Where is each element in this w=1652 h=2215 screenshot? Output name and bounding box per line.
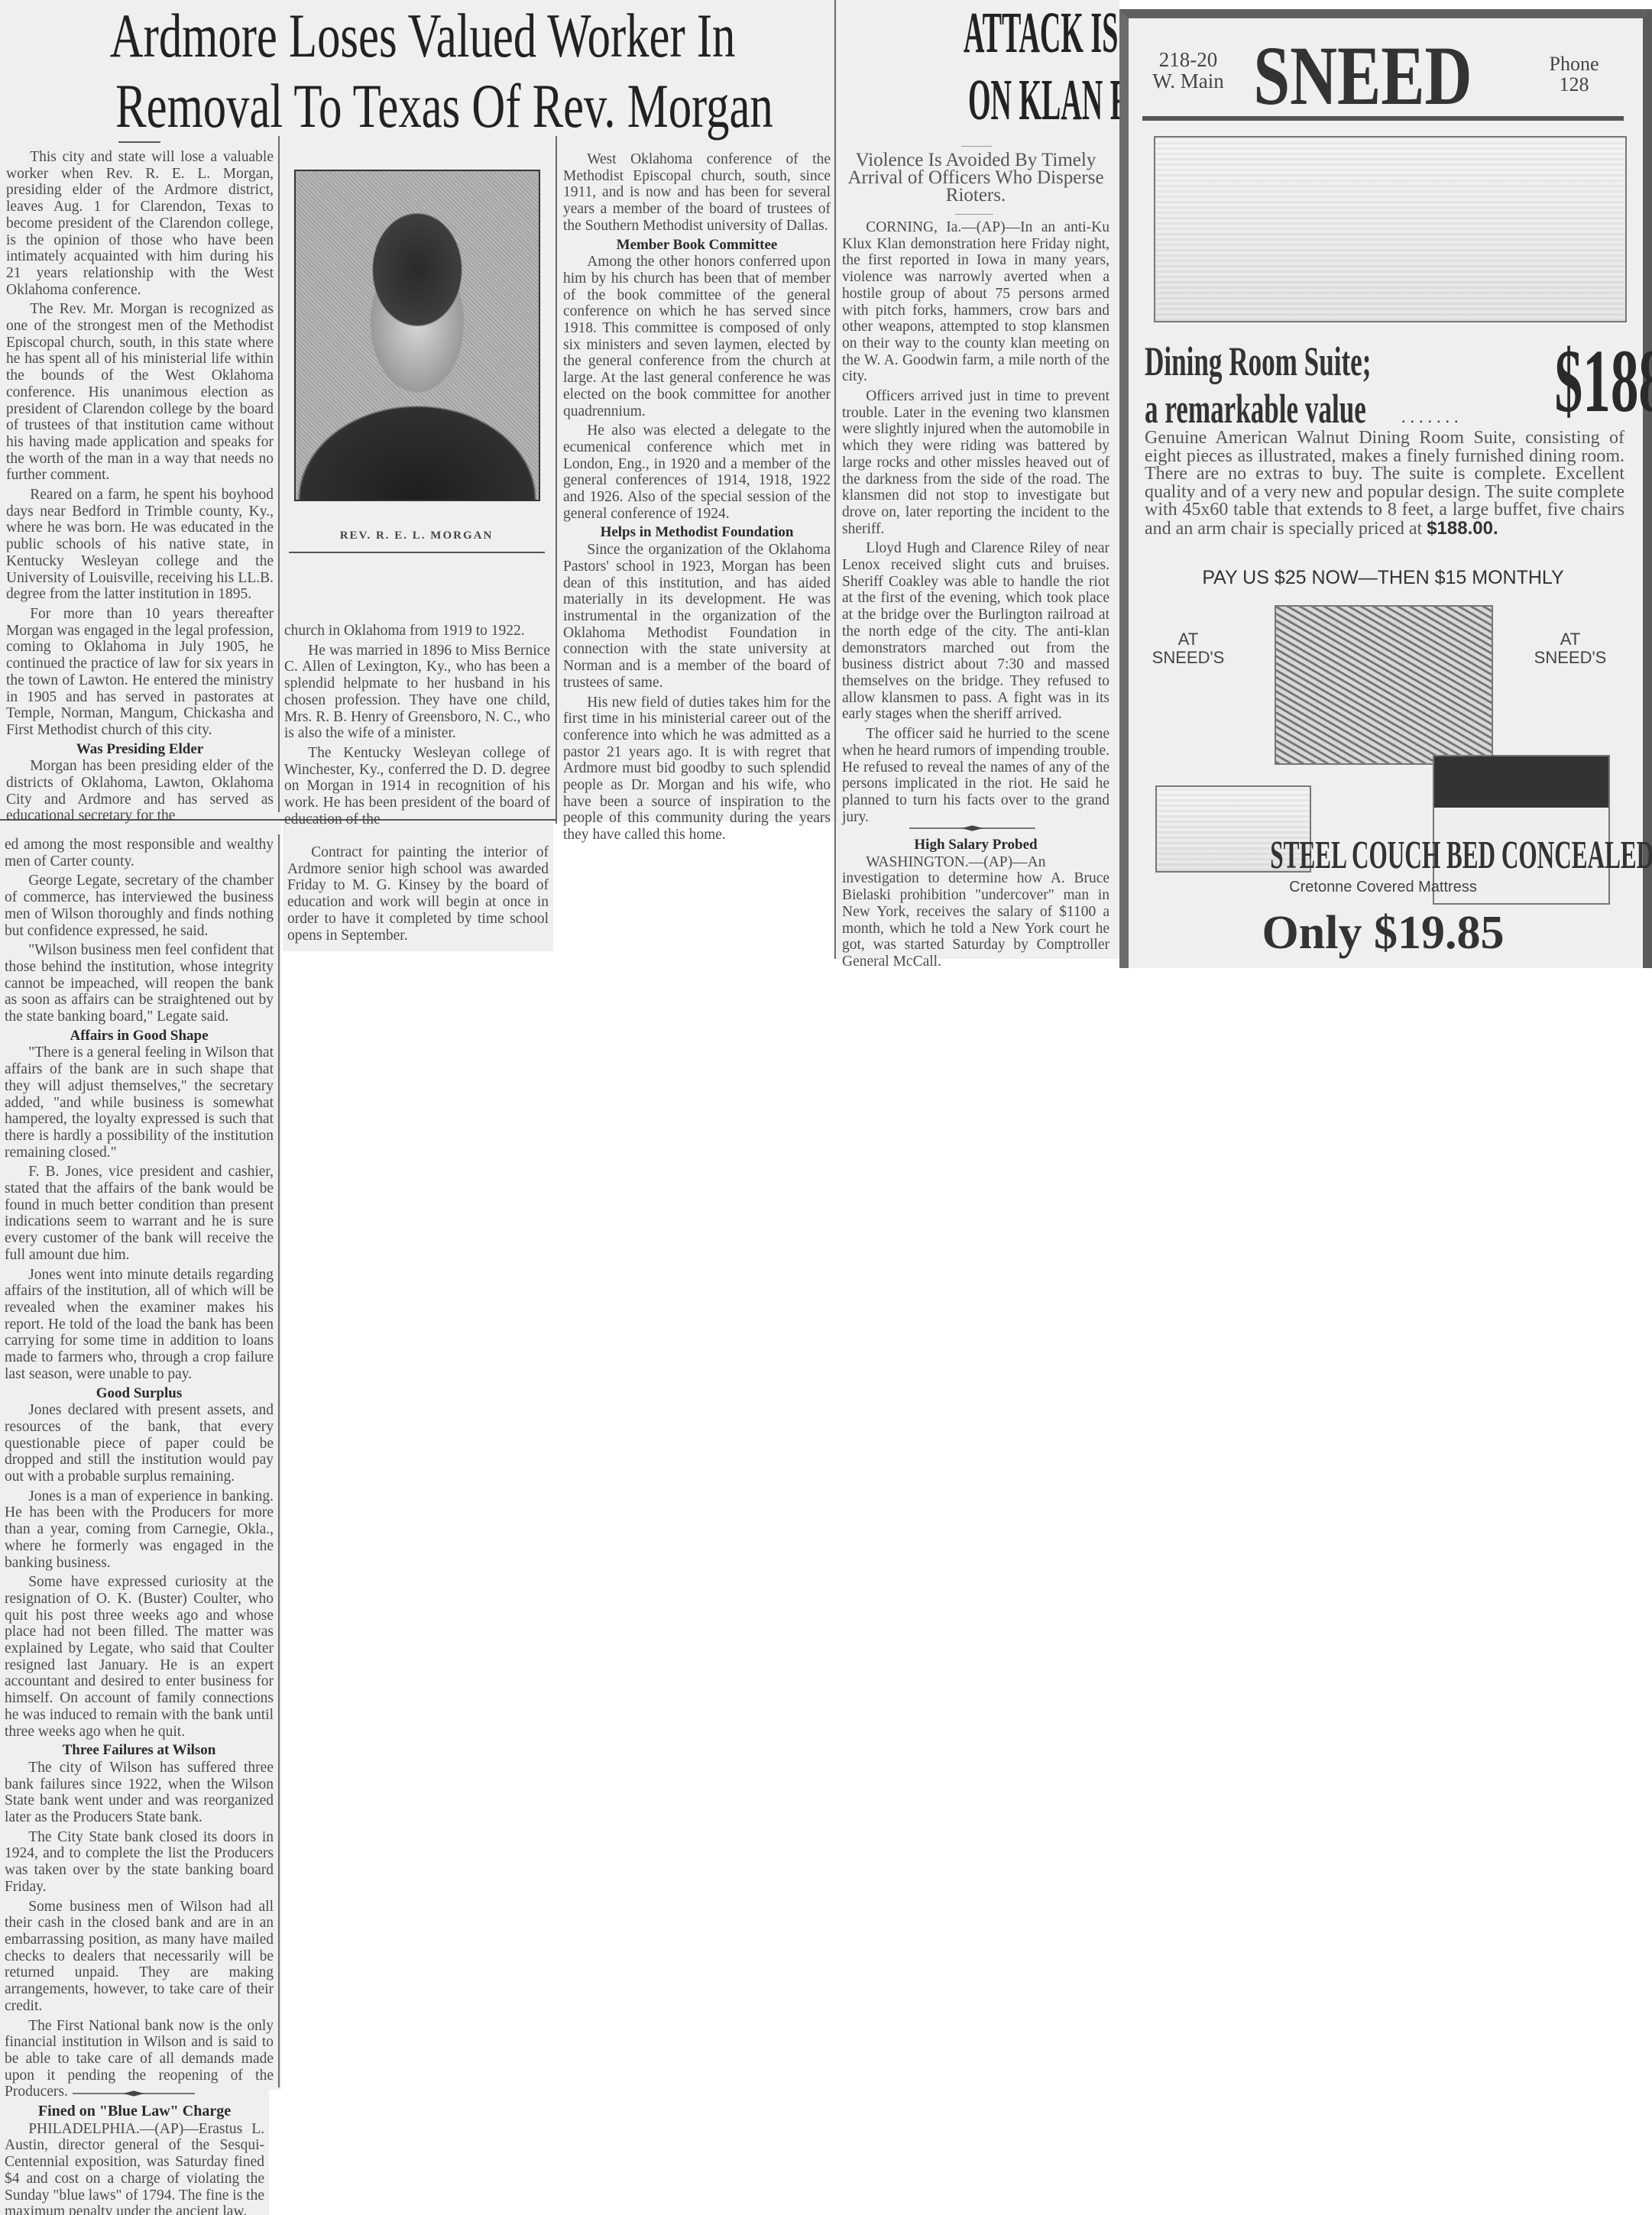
wilson-paragraph: The city of Wilson has suffered three ba… [5, 1760, 274, 1826]
photo-caption: REV. R. E. L. MORGAN [287, 529, 546, 542]
morgan-headline-line2: Removal To Texas Of Rev. Morgan [115, 75, 773, 138]
salary-paragraph: WASHINGTON.—(AP)—An investigation to det… [842, 854, 1109, 970]
store-phone: Phone 128 [1528, 53, 1620, 95]
portrait-photo [294, 170, 540, 501]
contract-article: Contract for painting the interior of Ar… [287, 844, 549, 944]
wilson-paragraph: "There is a general feeling in Wilson th… [5, 1044, 274, 1161]
wilson-paragraph: The City State bank closed its doors in … [5, 1829, 274, 1896]
suite-title-line2: a remarkable value [1145, 385, 1366, 432]
vanity-table-illustration [1275, 605, 1493, 765]
wilson-paragraph: Some have expressed curiosity at the res… [5, 1574, 274, 1740]
morgan-headline-line1: Ardmore Loses Valued Worker In [110, 5, 736, 67]
wilson-paragraph: Jones is a man of experience in banking.… [5, 1488, 274, 1572]
ad-header-rule [1142, 116, 1624, 121]
dining-room-illustration [1154, 136, 1627, 322]
morgan-paragraph: The Kentucky Wesleyan college of Winches… [284, 745, 550, 828]
wilson-paragraph: "Wilson business men feel confident that… [5, 942, 274, 1025]
morgan-paragraph: church in Oklahoma from 1919 to 1922. [284, 623, 550, 640]
morgan-paragraph: For more than 10 years thereafter Morgan… [6, 606, 274, 739]
morgan-paragraph: Since the organization of the Oklahoma P… [563, 542, 831, 691]
salary-article: High Salary Probed WASHINGTON.—(AP)—An i… [842, 834, 1109, 970]
klan-headline: ATTACK IS MADE ON KLAN FORCES [838, 3, 1113, 130]
klan-paragraph: The officer said he hurried to the scene… [842, 726, 1109, 825]
morgan-paragraph: Morgan has been presiding elder of the d… [6, 758, 274, 824]
morgan-paragraph: This city and state will lose a valuable… [6, 149, 274, 298]
klan-paragraph: Lloyd Hugh and Clarence Riley of near Le… [842, 540, 1109, 723]
store-address: 218-20 W. Main [1142, 49, 1234, 92]
morgan-paragraph: Among the other honors conferred upon hi… [563, 254, 831, 419]
suite-description: Genuine American Walnut Dining Room Suit… [1145, 429, 1624, 538]
couch-price: Only $19.85 [1142, 908, 1624, 958]
wilson-paragraph: The First National bank now is the only … [5, 2018, 274, 2101]
column-rule [278, 136, 280, 812]
klan-article-body: CORNING, Ia.—(AP)—In an anti-Ku Klux Kla… [842, 219, 1109, 825]
wilson-paragraph: Some business men of Wilson had all thei… [5, 1899, 274, 2015]
suite-title-line1: Dining Room Suite; [1145, 338, 1371, 385]
morgan-column-1: This city and state will lose a valuable… [6, 149, 274, 824]
subhead-affairs-good-shape: Affairs in Good Shape [5, 1028, 274, 1044]
klan-paragraph: CORNING, Ia.—(AP)—In an anti-Ku Klux Kla… [842, 219, 1109, 385]
wilson-paragraph: George Legate, secretary of the chamber … [5, 873, 274, 939]
salary-headline: High Salary Probed [842, 837, 1109, 853]
morgan-paragraph: The Rev. Mr. Morgan is recognized as one… [6, 301, 274, 484]
suite-title: Dining Room Suite; a remarkable value...… [1145, 338, 1466, 441]
morgan-column-2: church in Oklahoma from 1919 to 1922. He… [284, 623, 550, 827]
column-rule [834, 0, 836, 959]
suite-price-full: $188.00. [1427, 518, 1498, 539]
wilson-paragraph: F. B. Jones, vice president and cashier,… [5, 1164, 274, 1263]
subhead-book-committee: Member Book Committee [563, 237, 831, 254]
morgan-paragraph: He was married in 1896 to Miss Bernice C… [284, 643, 550, 742]
couch-subtitle: Cretonne Covered Mattress [1142, 879, 1624, 896]
phone-number: 128 [1528, 74, 1620, 95]
contract-paragraph: Contract for painting the interior of Ar… [287, 844, 549, 944]
subhead-methodist-foundation: Helps in Methodist Foundation [563, 524, 831, 541]
divider-ornament [909, 827, 1035, 829]
couch-title: STEEL COUCH BED CONCEALED [1142, 835, 1624, 876]
subhead-good-surplus: Good Surplus [5, 1385, 274, 1402]
deck-rule [955, 214, 993, 215]
klan-deck: Violence Is Avoided By Timely Arrival of… [842, 151, 1109, 204]
suite-price: $188 [1486, 336, 1624, 426]
morgan-paragraph: His new field of duties takes him for th… [563, 695, 831, 844]
column-rule [278, 834, 280, 2087]
address-line2: W. Main [1142, 70, 1234, 92]
klan-paragraph: Officers arrived just in time to prevent… [842, 388, 1109, 537]
payment-terms: PAY US $25 NOW—THEN $15 MONTHLY [1142, 567, 1624, 589]
blue-law-paragraph: PHILADELPHIA.—(AP)—Erastus L. Austin, di… [5, 2121, 264, 2215]
deck-rule [961, 146, 992, 147]
wilson-paragraph: Jones went into minute details regarding… [5, 1267, 274, 1383]
column-rule [556, 136, 557, 824]
blue-law-headline: Fined on "Blue Law" Charge [5, 2103, 264, 2120]
morgan-paragraph: He also was elected a delegate to the ec… [563, 423, 831, 522]
subhead-presiding-elder: Was Presiding Elder [6, 741, 274, 758]
headline-dash [118, 141, 160, 143]
morgan-paragraph: West Oklahoma conference of the Methodis… [563, 151, 831, 235]
wilson-bank-article: ed among the most responsible and wealth… [5, 837, 274, 2100]
divider-ornament [73, 2093, 195, 2094]
wilson-paragraph: ed among the most responsible and wealth… [5, 837, 274, 869]
morgan-headline: Ardmore Loses Valued Worker In Removal T… [0, 5, 837, 138]
blue-law-article: Fined on "Blue Law" Charge PHILADELPHIA.… [5, 2101, 264, 2215]
address-line1: 218-20 [1142, 49, 1234, 70]
wilson-paragraph: Jones declared with present assets, and … [5, 1402, 274, 1485]
caption-rule [289, 552, 545, 553]
morgan-column-3: West Oklahoma conference of the Methodis… [563, 151, 831, 844]
at-sneeds-left: AT SNEED'S [1146, 630, 1230, 667]
at-sneeds-right: AT SNEED'S [1528, 630, 1612, 667]
morgan-paragraph: Reared on a farm, he spent his boyhood d… [6, 487, 274, 603]
phone-label: Phone [1528, 53, 1620, 74]
subhead-three-failures: Three Failures at Wilson [5, 1742, 274, 1759]
store-name: SNEED [1223, 34, 1482, 118]
